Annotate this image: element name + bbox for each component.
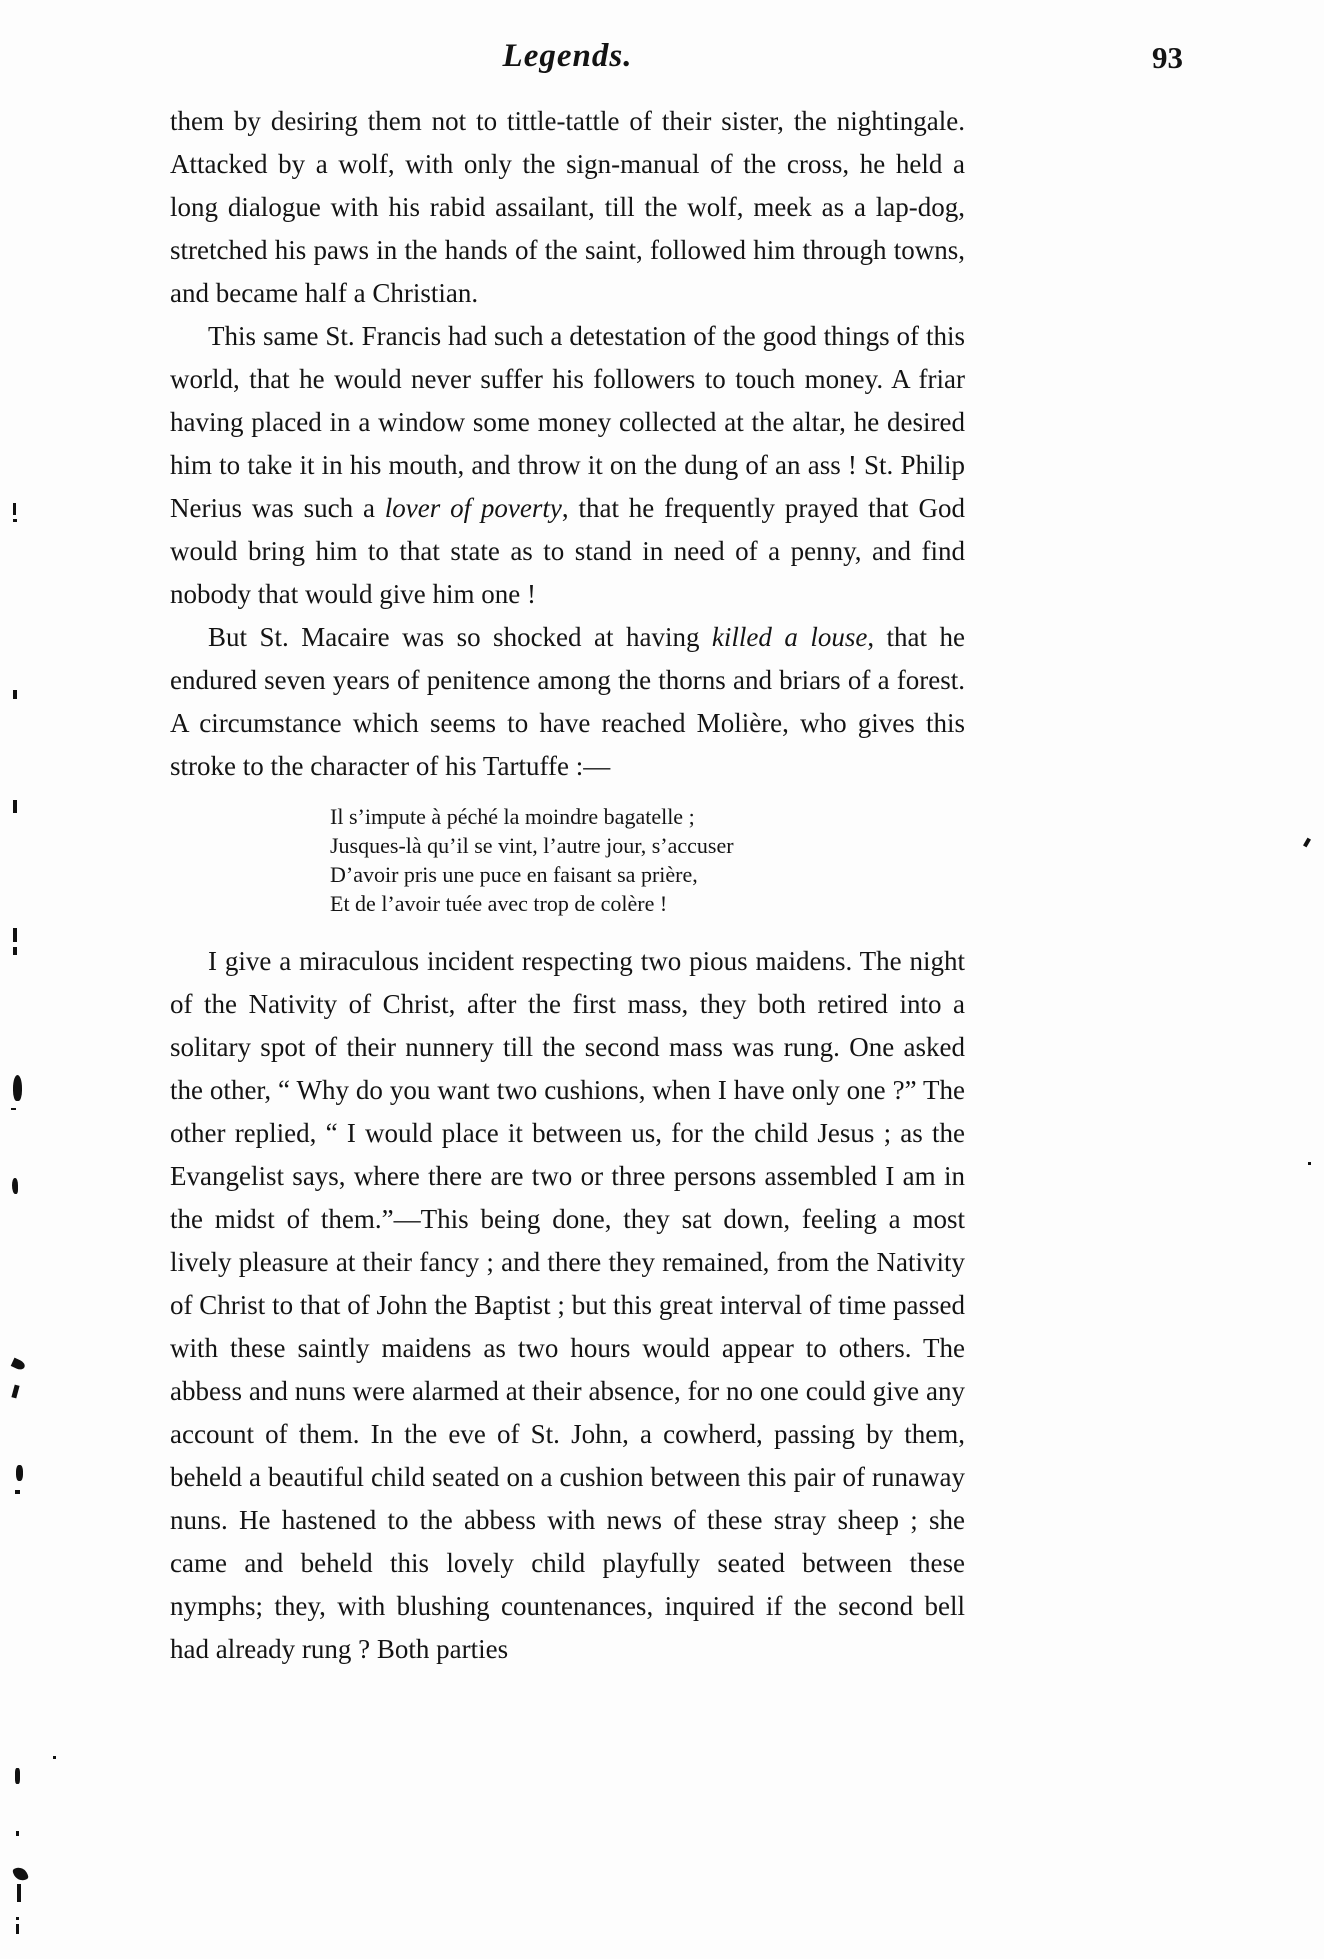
verse-block: Il s’impute à péché la moindre bagatelle… <box>330 802 965 918</box>
scan-artifact <box>1308 1162 1311 1165</box>
paragraph-text: But St. Macaire was so shocked at having <box>208 622 712 652</box>
paragraph-st-francis: This same St. Francis had such a detesta… <box>170 315 965 616</box>
scan-artifact <box>13 947 17 955</box>
scan-artifact <box>13 503 16 515</box>
scan-artifact <box>16 1831 19 1836</box>
scan-artifact <box>13 690 17 699</box>
scan-artifact <box>13 519 17 522</box>
scan-artifact <box>13 800 17 813</box>
scan-artifact <box>15 1490 20 1494</box>
italic-phrase: killed a louse <box>712 622 867 652</box>
paragraph-st-macaire: But St. Macaire was so shocked at having… <box>170 616 965 788</box>
scan-artifact <box>11 1358 27 1372</box>
scan-artifact <box>11 1385 19 1399</box>
scan-artifact <box>16 1917 19 1920</box>
scan-artifact <box>12 1865 29 1883</box>
page-title: Legends. <box>170 38 965 75</box>
paragraph-continuation: them by desiring them not to tittle-tatt… <box>170 100 965 315</box>
paragraph-two-maidens: I give a miraculous incident respecting … <box>170 940 965 1671</box>
scan-artifact <box>12 1178 18 1194</box>
scan-artifact <box>16 1924 19 1934</box>
scan-artifact <box>13 928 17 942</box>
scan-artifact <box>11 1108 16 1110</box>
page-number: 93 <box>1152 40 1183 76</box>
verse-line: Et de l’avoir tuée avec trop de colère ! <box>330 889 965 918</box>
paragraph-text: them by desiring them not to tittle-tatt… <box>170 106 965 308</box>
verse-line: Jusques-là qu’il se vint, l’autre jour, … <box>330 831 965 860</box>
book-page: Legends. 93 them by desiring them not to… <box>0 0 1324 1959</box>
scan-artifact <box>16 1465 23 1481</box>
scan-artifact <box>13 1075 22 1101</box>
scan-artifact <box>15 1768 20 1784</box>
scan-artifact <box>17 1884 21 1902</box>
scan-artifact <box>53 1756 56 1759</box>
verse-line: D’avoir pris une puce en faisant sa priè… <box>330 860 965 889</box>
verse-line: Il s’impute à péché la moindre bagatelle… <box>330 802 965 831</box>
page-body: them by desiring them not to tittle-tatt… <box>170 100 965 1671</box>
scan-artifact <box>1303 838 1311 848</box>
paragraph-text: I give a miraculous incident respecting … <box>170 946 965 1664</box>
italic-phrase: lover of poverty <box>385 493 562 523</box>
